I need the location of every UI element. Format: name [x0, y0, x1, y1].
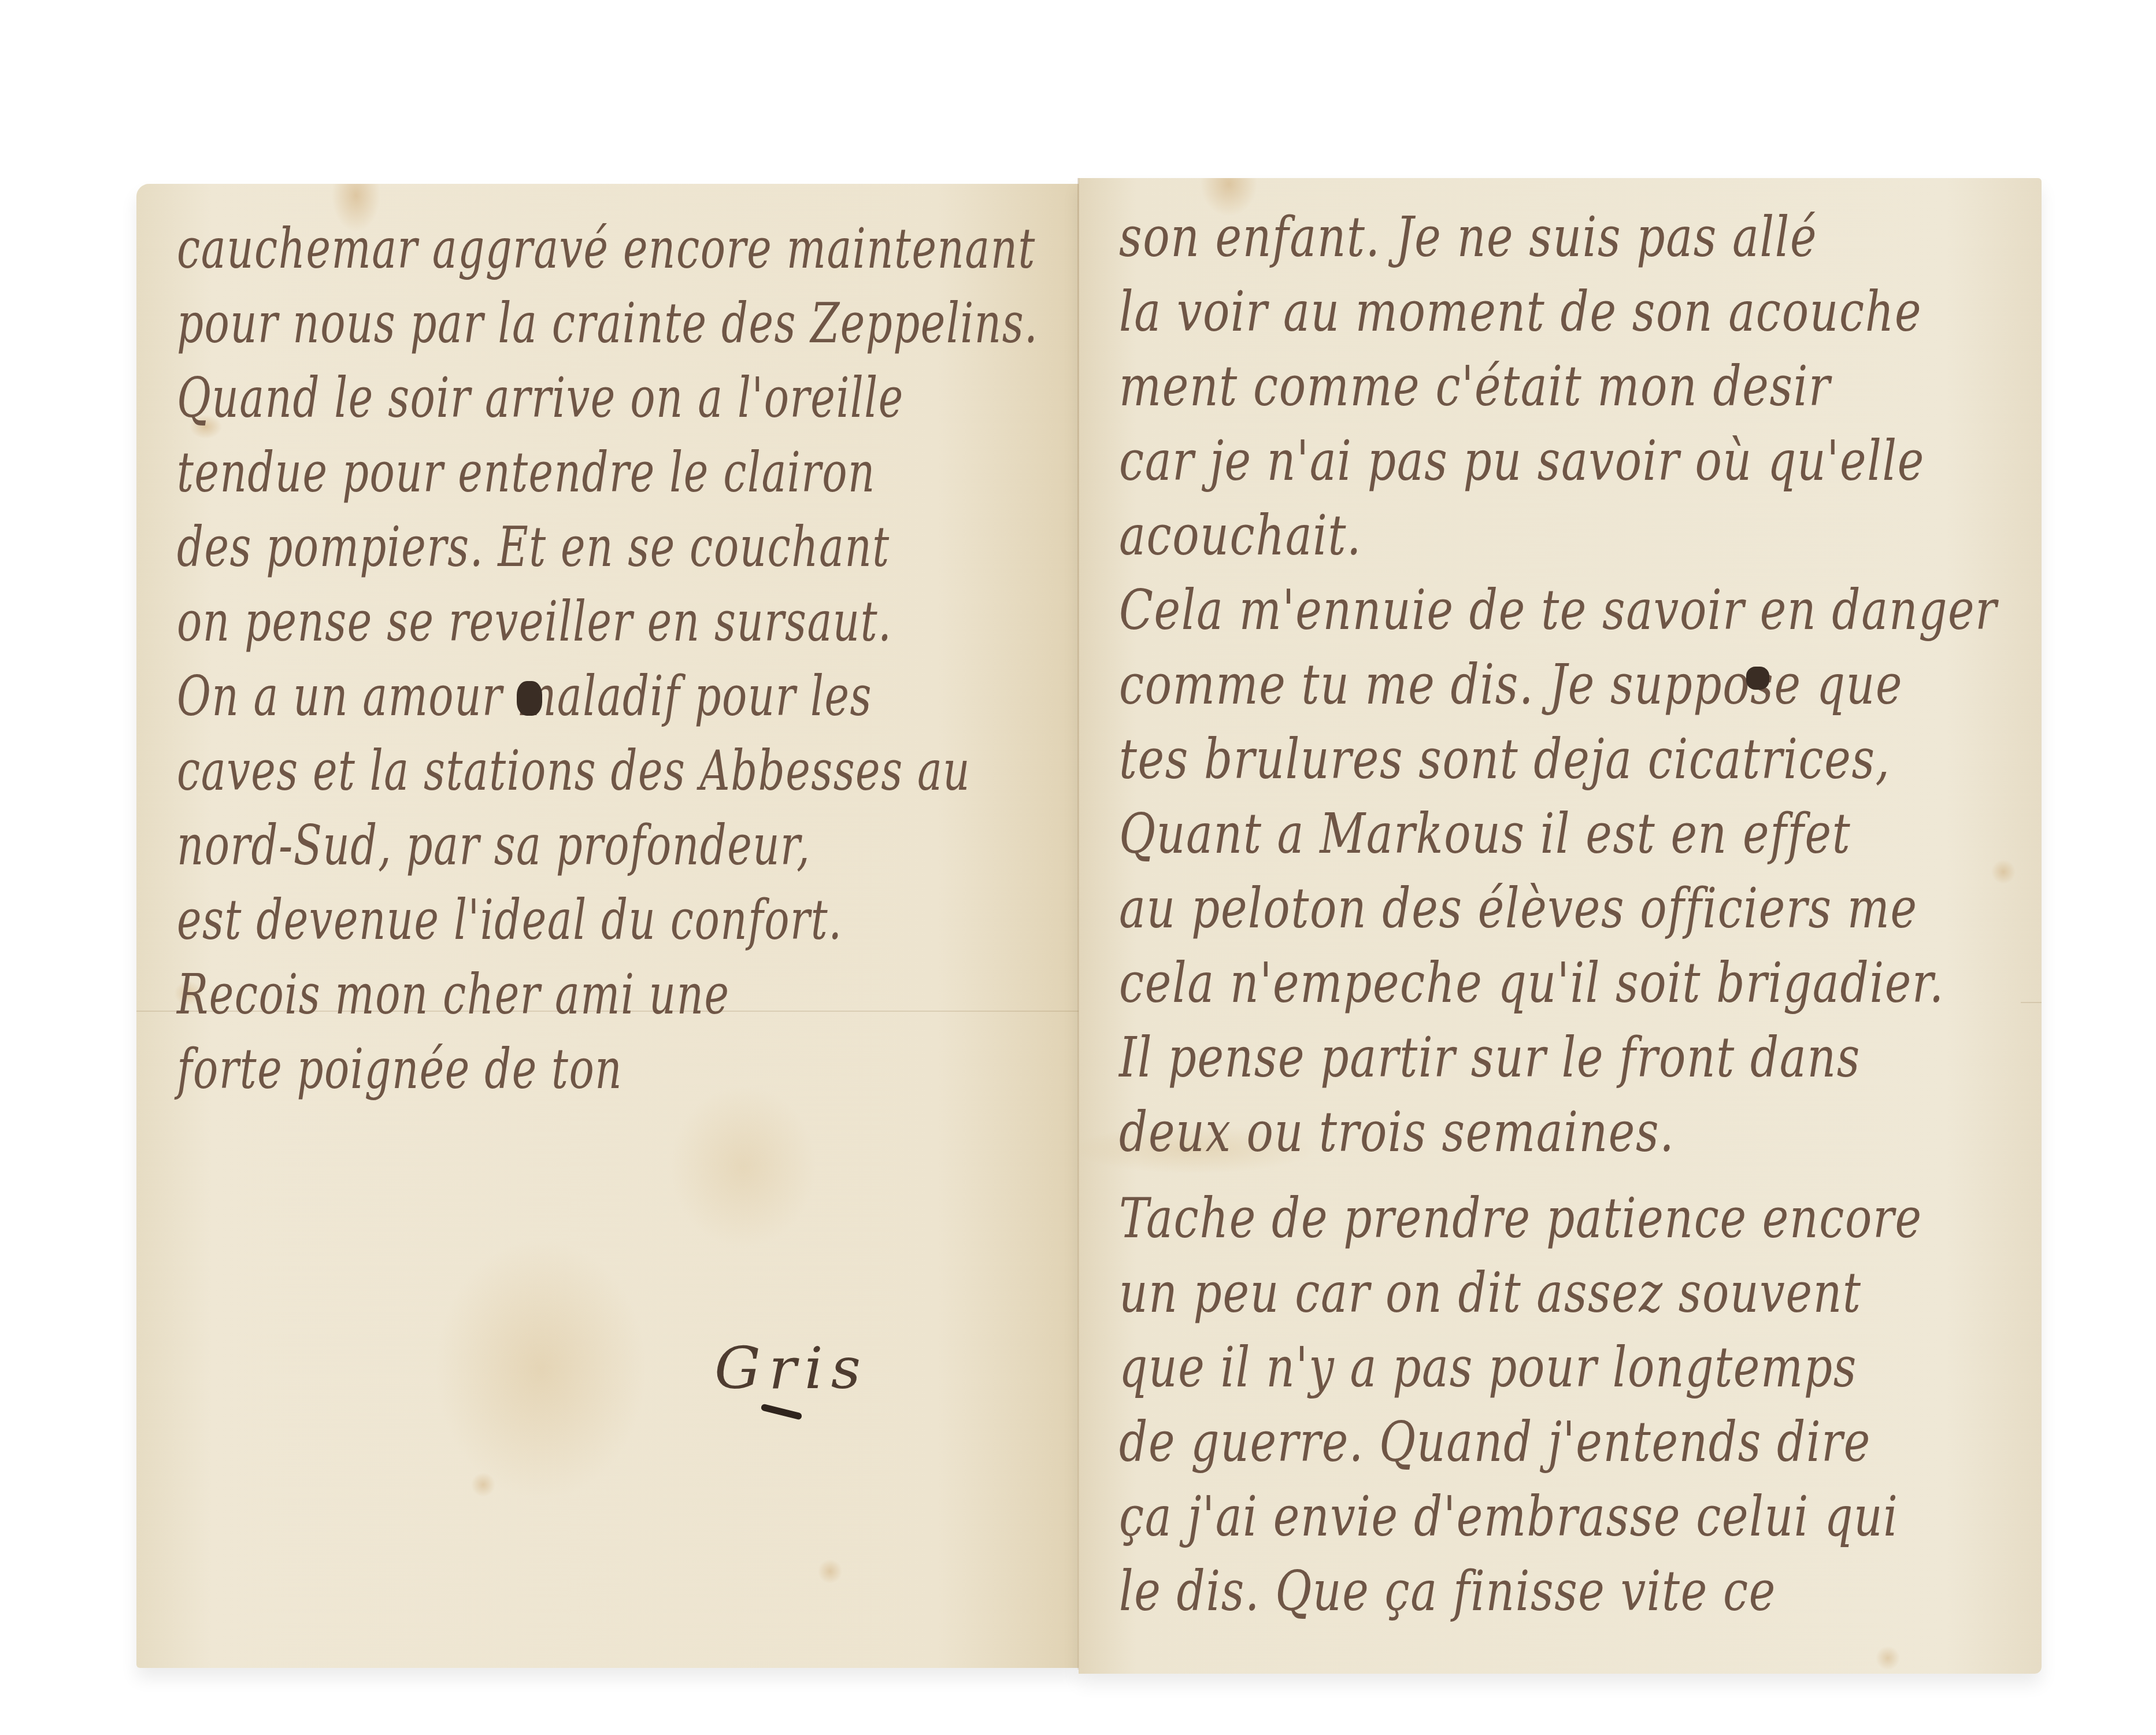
- handwritten-line: deux ou trois semaines.: [1119, 1095, 1998, 1170]
- handwritten-line: la voir au moment de son acouche: [1119, 275, 1998, 349]
- right-page: son enfant. Je ne suis pas allé la voir …: [1079, 178, 2042, 1674]
- handwritten-line: pour nous par la crainte des Zeppelins.: [177, 286, 1038, 361]
- handwritten-line: de guerre. Quand j'entends dire: [1119, 1405, 1998, 1479]
- signature: Gris: [714, 1334, 869, 1402]
- handwritten-line: Quant a Markous il est en effet: [1119, 797, 1998, 871]
- handwritten-line: cela n'empeche qu'il soit brigadier.: [1119, 946, 1998, 1020]
- handwritten-line: Cela m'ennuie de te savoir en danger: [1119, 573, 1998, 648]
- handwritten-line: son enfant. Je ne suis pas allé: [1119, 200, 1998, 275]
- signature-underline: [761, 1403, 803, 1420]
- ink-blot: [517, 681, 542, 716]
- handwritten-line: comme tu me dis. Je suppose que: [1119, 648, 1998, 722]
- handwritten-line: car je n'ai pas pu savoir où qu'elle: [1119, 424, 1998, 498]
- handwritten-line: Quand le soir arrive on a l'oreille: [177, 361, 1038, 435]
- handwritten-line: forte poignée de ton: [177, 1032, 1038, 1107]
- handwritten-line: tes brulures sont deja cicatrices,: [1119, 722, 1998, 797]
- handwritten-line: nord-Sud, par sa profondeur,: [177, 808, 1038, 883]
- handwritten-line: on pense se reveiller en sursaut.: [177, 585, 1038, 659]
- handwritten-line: Recois mon cher ami une: [177, 957, 1038, 1032]
- handwritten-line: Il pense partir sur le front dans: [1119, 1020, 1998, 1095]
- handwritten-line: le dis. Que ça finisse vite ce: [1119, 1554, 1998, 1629]
- letter-spread: cauchemar aggravé encore maintenant pour…: [136, 173, 2042, 1674]
- handwritten-line: un peu car on dit assez souvent: [1119, 1256, 1998, 1330]
- handwritten-line: ça j'ai envie d'embrasse celui qui: [1119, 1479, 1998, 1554]
- handwritten-line: au peloton des élèves officiers me: [1119, 871, 1998, 946]
- handwritten-line: que il n'y a pas pour longtemps: [1119, 1330, 1998, 1405]
- handwritten-line: tendue pour entendre le clairon: [177, 435, 1038, 510]
- right-page-text: son enfant. Je ne suis pas allé la voir …: [1119, 200, 2042, 1629]
- handwritten-line: caves et la stations des Abbesses au: [177, 734, 1038, 808]
- left-page-text: cauchemar aggravé encore maintenant pour…: [177, 212, 1079, 1107]
- handwritten-line: Tache de prendre patience encore: [1119, 1181, 1998, 1256]
- ink-blot: [1746, 667, 1769, 690]
- handwritten-line: acouchait.: [1119, 498, 1998, 573]
- center-fold: [1077, 178, 1079, 1670]
- left-page: cauchemar aggravé encore maintenant pour…: [136, 184, 1079, 1668]
- handwritten-line: des pompiers. Et en se couchant: [177, 510, 1038, 585]
- handwritten-line: ment comme c'était mon desir: [1119, 349, 1998, 424]
- handwritten-line: cauchemar aggravé encore maintenant: [177, 212, 1038, 286]
- handwritten-line: On a un amour maladif pour les: [177, 659, 1038, 734]
- handwritten-line: est devenue l'ideal du confort.: [177, 883, 1038, 957]
